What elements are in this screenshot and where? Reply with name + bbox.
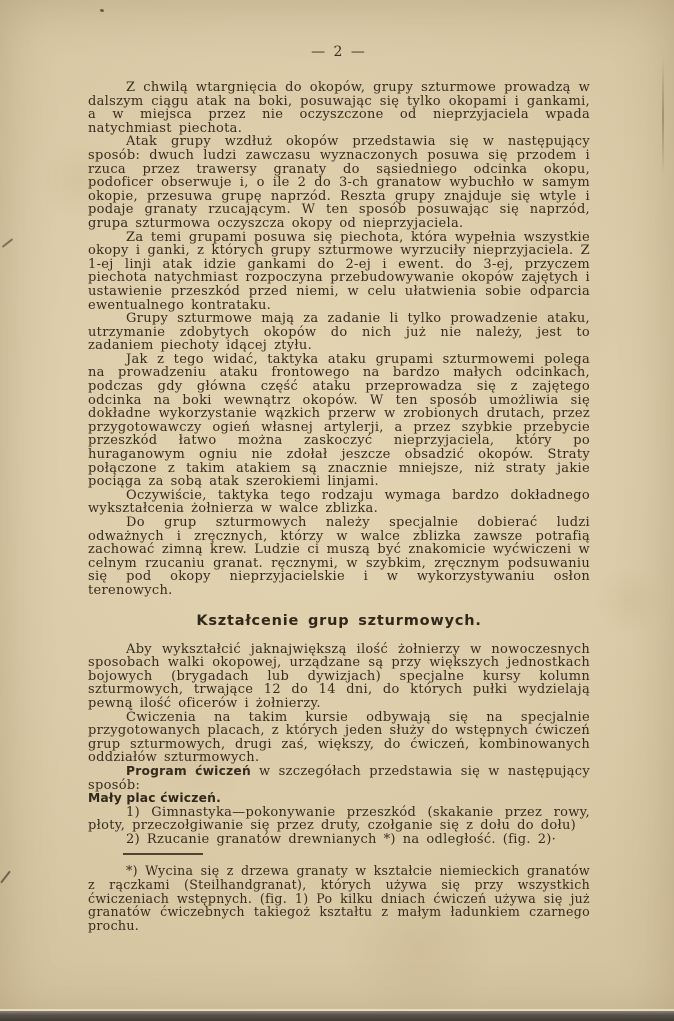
scan-artifact-speck xyxy=(100,8,105,12)
footnote-separator xyxy=(123,853,203,855)
paragraph-7: Do grup szturmowych należy specjalnie do… xyxy=(88,516,590,598)
scan-artifact-mark xyxy=(2,238,13,248)
paragraph-2: Atak grupy wzdłuż okopów przedstawia się… xyxy=(88,135,590,230)
footnote: *) Wycina się z drzewa granaty w kształc… xyxy=(88,864,590,932)
scanned-document-page: — 2 — Z chwilą wtargnięcia do okopów, gr… xyxy=(0,0,674,1021)
list-item-2: 2) Rzucanie granatów drewnianych *) na o… xyxy=(88,833,590,847)
paragraph-4: Grupy szturmowe mają za zadanie li tylko… xyxy=(88,312,590,353)
paragraph-9: Ćwiczenia na takim kursie odbywają się n… xyxy=(88,711,590,765)
list-item-1: 1) Gimnastyka—pokonywanie przeszkód (ska… xyxy=(88,806,590,833)
section-heading: Kształcenie grup szturmowych. xyxy=(88,613,590,629)
scan-edge xyxy=(0,1011,674,1021)
paragraph-1: Z chwilą wtargnięcia do okopów, grupy sz… xyxy=(88,81,590,135)
page-content: — 2 — Z chwilą wtargnięcia do okopów, gr… xyxy=(88,44,590,932)
subheading-maly-plac: Mały plac ćwiczeń. xyxy=(88,792,590,806)
page-number: — 2 — xyxy=(88,44,590,60)
program-line-bold: Program ćwiczeń xyxy=(126,764,251,778)
program-line: Program ćwiczeń w szczegółach przedstawi… xyxy=(88,765,590,792)
paragraph-8: Aby wykształcić jaknajwiększą ilość żołn… xyxy=(88,643,590,711)
paragraph-3: Za temi grupami posuwa się piechota, któ… xyxy=(88,231,590,313)
scan-artifact-mark xyxy=(0,870,11,883)
paragraph-6: Oczywiście, taktyka tego rodzaju wymaga … xyxy=(88,489,590,516)
scan-artifact-smudge xyxy=(662,58,664,176)
paragraph-5: Jak z tego widać, taktyka ataku grupami … xyxy=(88,353,590,489)
